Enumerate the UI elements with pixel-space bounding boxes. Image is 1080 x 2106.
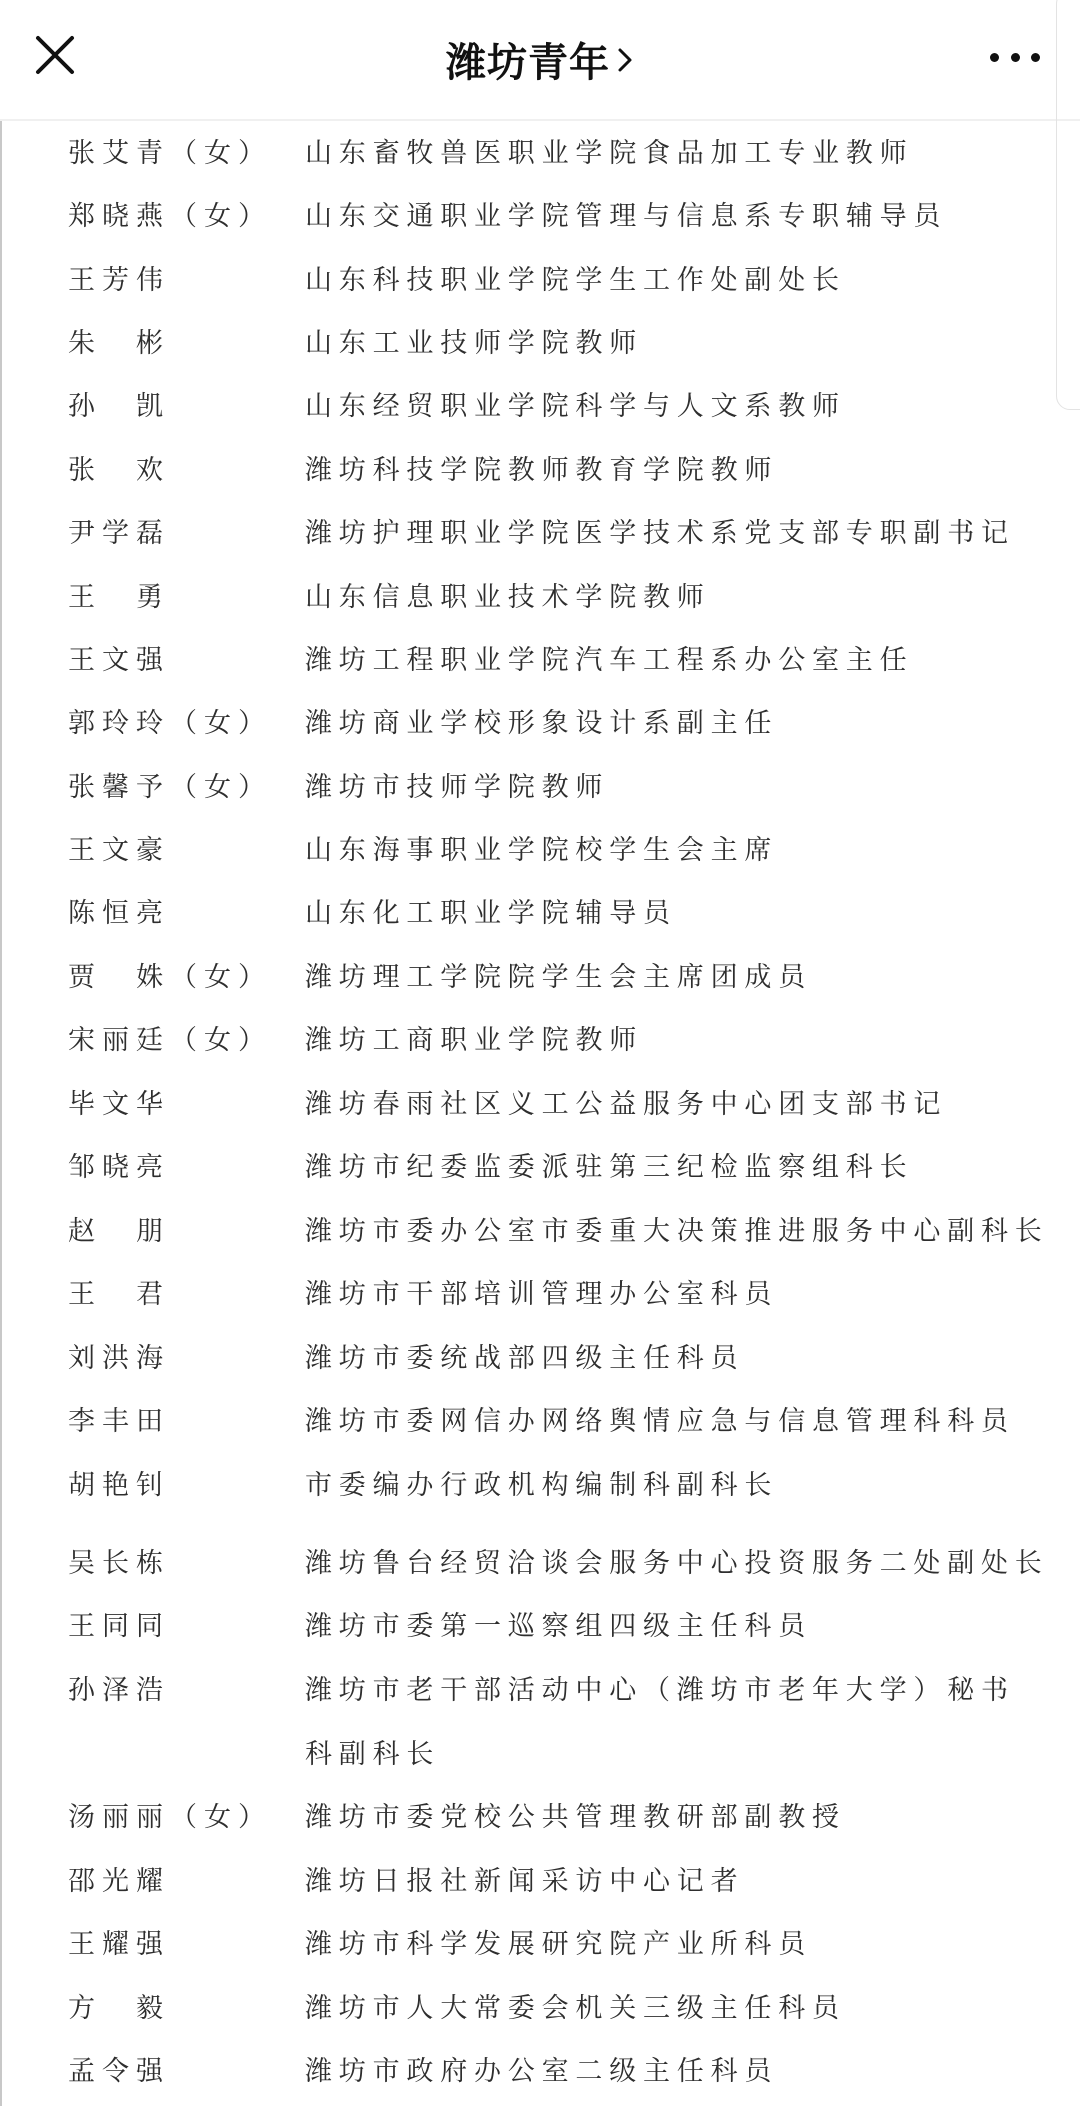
- person-position: 潍坊市老干部活动中心（潍坊市老年大学）秘书: [305, 1668, 1015, 1707]
- person-position: 山东畜牧兽医职业学院食品加工专业教师: [305, 131, 913, 170]
- list-item: 孙 凯 山东经贸职业学院科学与人文系教师: [0, 383, 1080, 423]
- person-name: 王芳伟: [68, 258, 170, 297]
- person-position: 潍坊工程职业学院汽车工程系办公室主任: [305, 638, 913, 677]
- person-position: 山东工业技师学院教师: [305, 321, 643, 360]
- person-position: 潍坊市技师学院教师: [305, 765, 609, 804]
- account-title-link[interactable]: 潍坊青年: [446, 31, 634, 88]
- person-position: 潍坊市委党校公共管理教研部副教授: [305, 1795, 846, 1834]
- person-position: 潍坊日报社新闻采访中心记者: [305, 1859, 744, 1898]
- person-position: 潍坊鲁台经贸洽谈会服务中心投资服务二处副处长: [305, 1541, 1049, 1580]
- list-item: 贾 姝（女） 潍坊理工学院院学生会主席团成员: [0, 954, 1080, 994]
- list-item: 王文豪 山东海事职业学院校学生会主席: [0, 827, 1080, 867]
- list-item: 赵 朋 潍坊市委办公室市委重大决策推进服务中心副科长: [0, 1208, 1080, 1248]
- person-name: 宋丽廷（女）: [68, 1018, 272, 1057]
- person-position: 山东化工职业学院辅导员: [305, 891, 677, 930]
- list-item: 孙泽浩 潍坊市老干部活动中心（潍坊市老年大学）秘书: [0, 1667, 1080, 1707]
- person-position: 潍坊市科学发展研究院产业所科员: [305, 1922, 812, 1961]
- list-item: 胡艳钊 市委编办行政机构编制科副科长: [0, 1462, 1080, 1502]
- person-name: 孙 凯: [68, 384, 170, 423]
- person-position: 山东海事职业学院校学生会主席: [305, 828, 778, 867]
- list-item: 尹学磊 潍坊护理职业学院医学技术系党支部专职副书记: [0, 510, 1080, 550]
- person-position: 市委编办行政机构编制科副科长: [305, 1463, 778, 1502]
- close-icon: [30, 30, 80, 80]
- person-position: 潍坊市干部培训管理办公室科员: [305, 1272, 778, 1311]
- person-name: 毕文华: [68, 1082, 170, 1121]
- list-item: 毕文华 潍坊春雨社区义工公益服务中心团支部书记: [0, 1081, 1080, 1121]
- person-name: 刘洪海: [68, 1336, 170, 1375]
- list-item: 王文强 潍坊工程职业学院汽车工程系办公室主任: [0, 637, 1080, 677]
- person-name: 郭玲玲（女）: [68, 701, 272, 740]
- person-name: 王 君: [68, 1272, 170, 1311]
- person-position: 潍坊市委第一巡察组四级主任科员: [305, 1604, 812, 1643]
- person-position: 潍坊市纪委监委派驻第三纪检监察组科长: [305, 1145, 913, 1184]
- list-item: 郑晓燕（女） 山东交通职业学院管理与信息系专职辅导员: [0, 193, 1080, 233]
- person-position: 山东信息职业技术学院教师: [305, 575, 711, 614]
- person-name: 朱 彬: [68, 321, 170, 360]
- list-item: 吴长栋 潍坊鲁台经贸洽谈会服务中心投资服务二处副处长: [0, 1540, 1080, 1580]
- person-name: 王文豪: [68, 828, 170, 867]
- list-item: 王 勇 山东信息职业技术学院教师: [0, 574, 1080, 614]
- list-item: 刘洪海 潍坊市委统战部四级主任科员: [0, 1335, 1080, 1375]
- person-name: 王文强: [68, 638, 170, 677]
- list-item: 宋丽廷（女） 潍坊工商职业学院教师: [0, 1017, 1080, 1057]
- person-name: 李丰田: [68, 1399, 170, 1438]
- list-item: 邵光耀 潍坊日报社新闻采访中心记者: [0, 1858, 1080, 1898]
- chevron-right-icon: [616, 45, 634, 75]
- person-name: 陈恒亮: [68, 891, 170, 930]
- person-position: 潍坊市委统战部四级主任科员: [305, 1336, 744, 1375]
- person-position: 潍坊科技学院教师教育学院教师: [305, 448, 778, 487]
- list-item: 朱 彬 山东工业技师学院教师: [0, 320, 1080, 360]
- person-name: 邵光耀: [68, 1859, 170, 1898]
- person-name: 方 毅: [68, 1986, 170, 2025]
- list-item: 王同同 潍坊市委第一巡察组四级主任科员: [0, 1603, 1080, 1643]
- list-item: 王耀强 潍坊市科学发展研究院产业所科员: [0, 1921, 1080, 1961]
- top-navigation-bar: 潍坊青年: [0, 0, 1080, 121]
- person-position: 潍坊市政府办公室二级主任科员: [305, 2049, 778, 2088]
- person-name: 张馨予（女）: [68, 765, 272, 804]
- list-item: 王芳伟 山东科技职业学院学生工作处副处长: [0, 257, 1080, 297]
- person-name: 郑晓燕（女）: [68, 194, 272, 233]
- person-position: 山东科技职业学院学生工作处副处长: [305, 258, 846, 297]
- person-name: 邹晓亮: [68, 1145, 170, 1184]
- person-name: 王同同: [68, 1604, 170, 1643]
- list-item: 邹晓亮 潍坊市纪委监委派驻第三纪检监察组科长: [0, 1144, 1080, 1184]
- more-horizontal-icon-dot: [1011, 53, 1020, 62]
- person-name: 吴长栋: [68, 1541, 170, 1580]
- person-name: 汤丽丽（女）: [68, 1795, 272, 1834]
- close-button[interactable]: [30, 30, 80, 80]
- list-item: 张馨予（女） 潍坊市技师学院教师: [0, 764, 1080, 804]
- person-name: 张 欢: [68, 448, 170, 487]
- list-item: 方 毅 潍坊市人大常委会机关三级主任科员: [0, 1985, 1080, 2025]
- person-position: 科副科长: [305, 1732, 440, 1771]
- person-position: 潍坊市委网信办网络舆情应急与信息管理科科员: [305, 1399, 1015, 1438]
- person-position: 潍坊市委办公室市委重大决策推进服务中心副科长: [305, 1209, 1049, 1248]
- list-item: 李丰田 潍坊市委网信办网络舆情应急与信息管理科科员: [0, 1398, 1080, 1438]
- person-position: 潍坊商业学校形象设计系副主任: [305, 701, 778, 740]
- person-name: 胡艳钊: [68, 1463, 170, 1502]
- person-position: 潍坊工商职业学院教师: [305, 1018, 643, 1057]
- more-horizontal-icon: [990, 53, 999, 62]
- person-position: 潍坊市人大常委会机关三级主任科员: [305, 1986, 846, 2025]
- person-position: 山东经贸职业学院科学与人文系教师: [305, 384, 846, 423]
- person-name: 孙泽浩: [68, 1668, 170, 1707]
- person-name: 孟令强: [68, 2049, 170, 2088]
- person-name: 尹学磊: [68, 511, 170, 550]
- list-item: 张艾青（女） 山东畜牧兽医职业学院食品加工专业教师: [0, 130, 1080, 170]
- person-name: 贾 姝（女）: [68, 955, 272, 994]
- list-item-continuation: 科副科长: [0, 1731, 1080, 1771]
- person-name: 赵 朋: [68, 1209, 170, 1248]
- list-item: 郭玲玲（女） 潍坊商业学校形象设计系副主任: [0, 700, 1080, 740]
- person-name: 王耀强: [68, 1922, 170, 1961]
- list-item: 陈恒亮 山东化工职业学院辅导员: [0, 890, 1080, 930]
- person-position: 山东交通职业学院管理与信息系专职辅导员: [305, 194, 947, 233]
- page-title: 潍坊青年: [446, 31, 610, 88]
- person-name: 王 勇: [68, 575, 170, 614]
- more-options-button[interactable]: [990, 44, 1040, 70]
- list-item: 汤丽丽（女） 潍坊市委党校公共管理教研部副教授: [0, 1794, 1080, 1834]
- more-horizontal-icon-dot: [1031, 53, 1040, 62]
- person-position: 潍坊护理职业学院医学技术系党支部专职副书记: [305, 511, 1015, 550]
- list-item: 王 君 潍坊市干部培训管理办公室科员: [0, 1271, 1080, 1311]
- list-item: 张 欢 潍坊科技学院教师教育学院教师: [0, 447, 1080, 487]
- person-position: 潍坊理工学院院学生会主席团成员: [305, 955, 812, 994]
- person-position: 潍坊春雨社区义工公益服务中心团支部书记: [305, 1082, 947, 1121]
- list-item: 孟令强 潍坊市政府办公室二级主任科员: [0, 2048, 1080, 2088]
- person-name: 张艾青（女）: [68, 131, 272, 170]
